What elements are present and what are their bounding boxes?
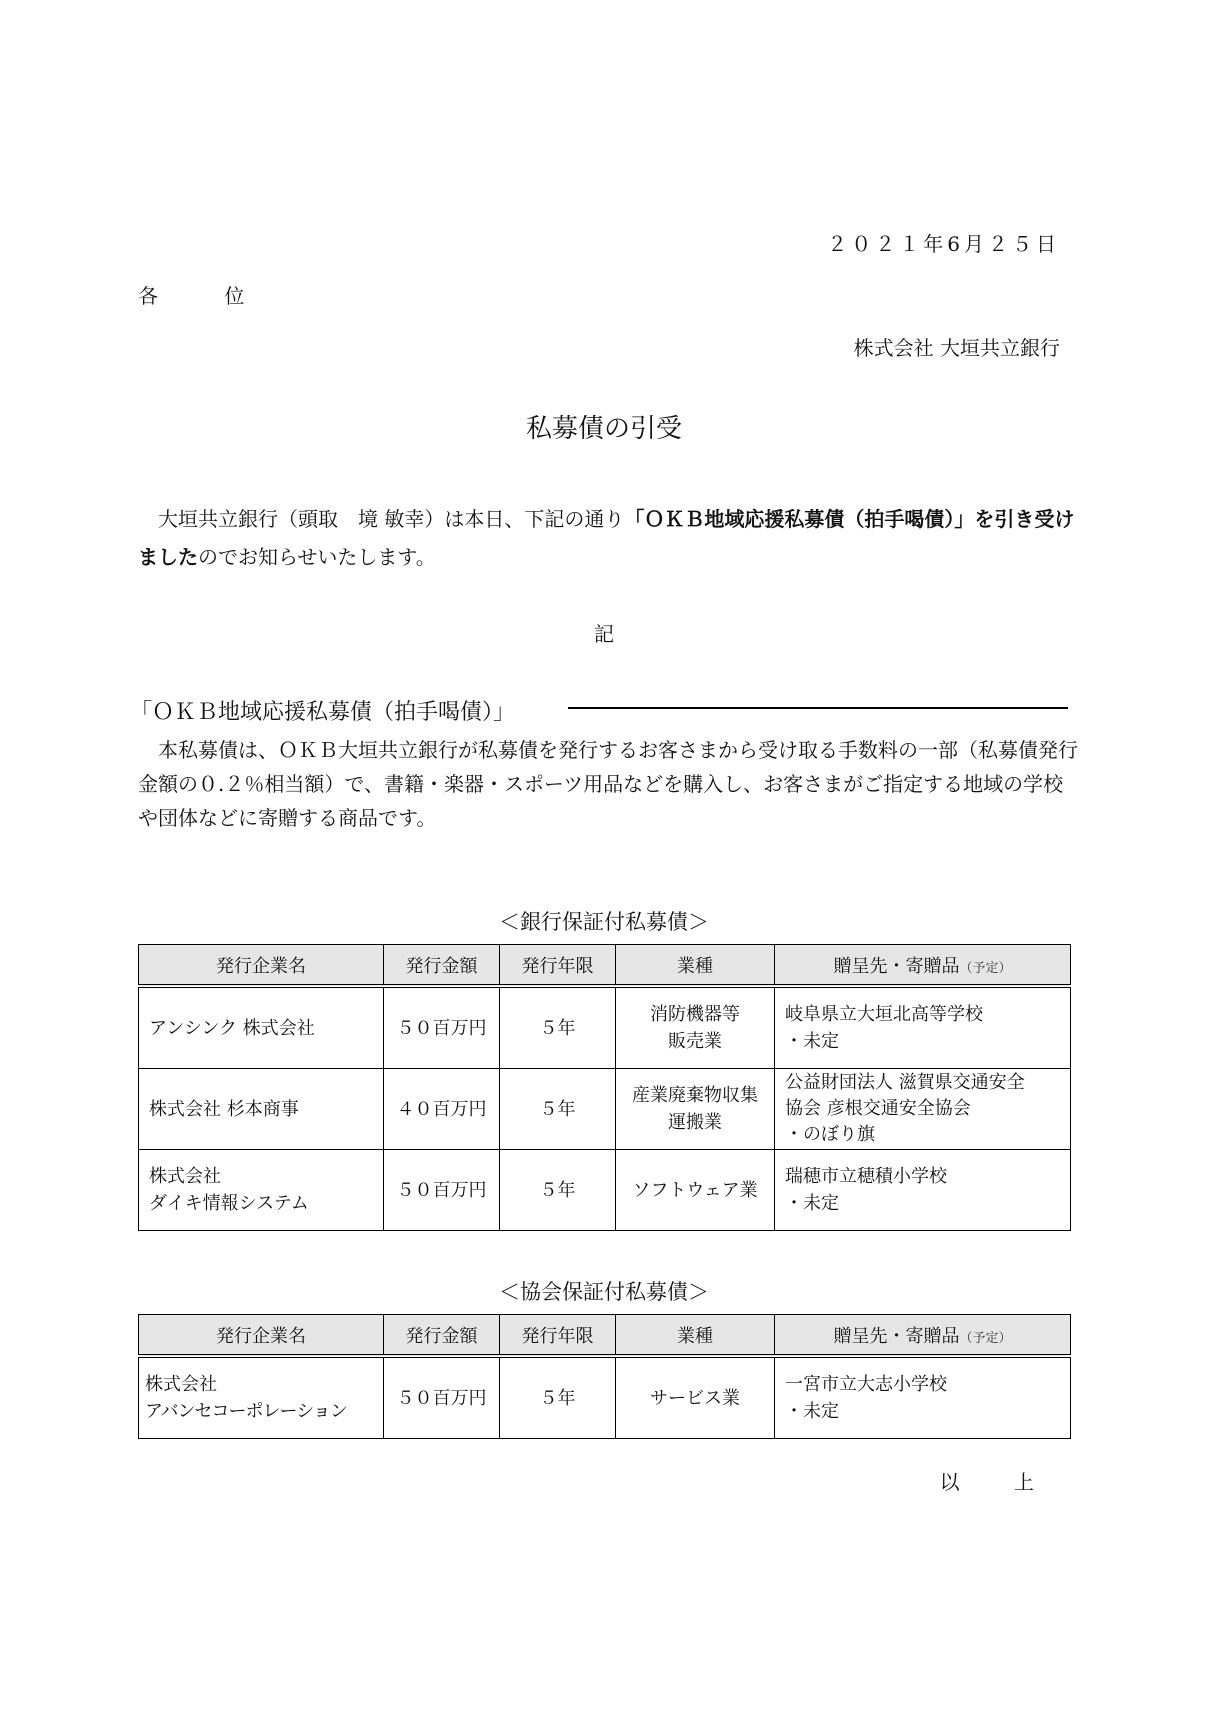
bank-table-caption: ＜銀行保証付私募債＞ <box>0 906 1208 936</box>
cell-donation: 瑞穂市立穂積小学校・未定 <box>775 1150 1071 1231</box>
addressee: 各 位 <box>138 280 274 309</box>
table-row: 株式会社アバンセコーポレーション ５０百万円 ５年 サービス業 一宮市立大志小学… <box>139 1356 1071 1439</box>
cell-industry: 産業廃棄物収集運搬業 <box>616 1069 775 1150</box>
col-header-name: 発行企業名 <box>139 945 384 987</box>
cell-name: 株式会社 杉本商事 <box>139 1069 384 1150</box>
ki-marker: 記 <box>0 618 1208 647</box>
col-header-term: 発行年限 <box>500 1315 616 1357</box>
intro-paragraph: 大垣共立銀行（頭取 境 敏幸）は本日、下記の通り「ＯＫＢ地域応援私募債（拍手喝債… <box>138 500 1078 576</box>
section-description: 本私募債は、ＯＫＢ大垣共立銀行が私募債を発行するお客さまから受け取る手数料の一部… <box>138 733 1078 835</box>
col-header-amount: 発行金額 <box>384 945 500 987</box>
cell-industry: 消防機器等販売業 <box>616 986 775 1069</box>
col-header-donation: 贈呈先・寄贈品（予定） <box>775 1315 1071 1357</box>
cell-name: 株式会社ダイキ情報システム <box>139 1150 384 1231</box>
col-header-industry: 業種 <box>616 1315 775 1357</box>
cell-term: ５年 <box>500 1356 616 1439</box>
cell-industry: ソフトウェア業 <box>616 1150 775 1231</box>
intro-text-end: のでお知らせいたします。 <box>198 545 436 569</box>
intro-text: 大垣共立銀行（頭取 境 敏幸）は本日、下記の通り <box>138 507 624 531</box>
cell-amount: ５０百万円 <box>384 1356 500 1439</box>
table-row: アンシンク 株式会社 ５０百万円 ５年 消防機器等販売業 岐阜県立大垣北高等学校… <box>139 986 1071 1069</box>
cell-donation: 岐阜県立大垣北高等学校・未定 <box>775 986 1071 1069</box>
document-date: ２０２１年6月２５日 <box>827 228 1060 257</box>
cell-amount: ５０百万円 <box>384 1150 500 1231</box>
col-header-donation: 贈呈先・寄贈品（予定） <box>775 945 1071 987</box>
cell-term: ５年 <box>500 986 616 1069</box>
col-header-name: 発行企業名 <box>139 1315 384 1357</box>
cell-amount: ４０百万円 <box>384 1069 500 1150</box>
table-row: 株式会社ダイキ情報システム ５０百万円 ５年 ソフトウェア業 瑞穂市立穂積小学校… <box>139 1150 1071 1231</box>
association-guaranteed-table: 発行企業名 発行金額 発行年限 業種 贈呈先・寄贈品（予定） 株式会社アバンセコ… <box>138 1314 1071 1439</box>
col-header-term: 発行年限 <box>500 945 616 987</box>
donation-note: （予定） <box>959 961 1011 976</box>
bank-guaranteed-table: 発行企業名 発行金額 発行年限 業種 贈呈先・寄贈品（予定） アンシンク 株式会… <box>138 944 1071 1231</box>
col-header-industry: 業種 <box>616 945 775 987</box>
issuer-name: 株式会社 大垣共立銀行 <box>854 332 1060 361</box>
closing-mark: 以 上 <box>940 1466 1058 1495</box>
association-table-caption: ＜協会保証付私募債＞ <box>0 1276 1208 1306</box>
table-row: 株式会社 杉本商事 ４０百万円 ５年 産業廃棄物収集運搬業 公益財団法人 滋賀県… <box>139 1069 1071 1150</box>
donation-label: 贈呈先・寄贈品 <box>833 956 959 977</box>
donation-note: （予定） <box>959 1331 1011 1346</box>
document-title: 私募債の引受 <box>0 408 1208 445</box>
section-heading: 「ＯＫＢ地域応援私募債（拍手喝債）」 <box>130 695 515 726</box>
table-header-row: 発行企業名 発行金額 発行年限 業種 贈呈先・寄贈品（予定） <box>139 1315 1071 1357</box>
cell-industry: サービス業 <box>616 1356 775 1439</box>
section-rule <box>568 707 1068 709</box>
cell-name: アンシンク 株式会社 <box>139 986 384 1069</box>
cell-term: ５年 <box>500 1150 616 1231</box>
cell-term: ５年 <box>500 1069 616 1150</box>
cell-name: 株式会社アバンセコーポレーション <box>139 1356 384 1439</box>
donation-label: 贈呈先・寄贈品 <box>833 1326 959 1347</box>
table-header-row: 発行企業名 発行金額 発行年限 業種 贈呈先・寄贈品（予定） <box>139 945 1071 987</box>
cell-donation: 公益財団法人 滋賀県交通安全協会 彦根交通安全協会・のぼり旗 <box>775 1069 1071 1150</box>
col-header-amount: 発行金額 <box>384 1315 500 1357</box>
cell-donation: 一宮市立大志小学校・未定 <box>775 1356 1071 1439</box>
cell-amount: ５０百万円 <box>384 986 500 1069</box>
